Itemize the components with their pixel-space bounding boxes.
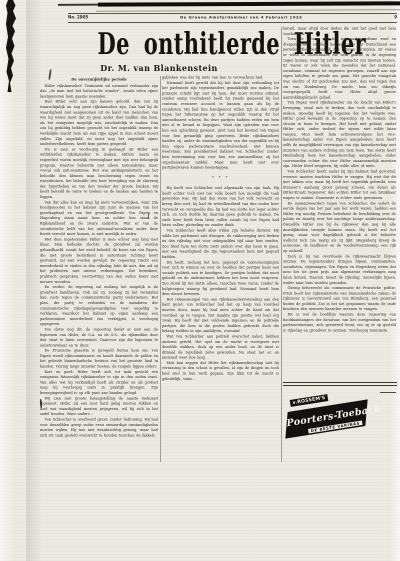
body-paragraph: Niemand heeft gewild dat hij het door zi…	[162, 80, 279, 170]
masthead-issue-number: No. 2905	[68, 15, 88, 20]
article-headline: De onthitlerde Hitler	[40, 27, 278, 62]
masthead: No. 2905 De Groene Amsterdammer van 4 Fe…	[68, 15, 397, 23]
body-paragraph: Ten slotte nog dit: de regeering denkt e…	[40, 327, 158, 348]
ad-caption-bottom: VAN ROSSEM'S TABAKSFABRIEKEN — ROTTERDAM…	[284, 448, 397, 454]
scan-top-line-artifact	[96, 9, 400, 12]
ad-rule-bottom	[283, 385, 397, 386]
column-divider-rule	[281, 27, 282, 462]
body-paragraph: bereid, maar altijd door lieden die niet…	[283, 26, 396, 37]
body-paragraph: Hitler rijkskanselier! Tenminste zal nie…	[40, 83, 158, 99]
body-paragraph: Toen de stroom van het nationaal-sociali…	[283, 37, 396, 101]
body-paragraph: Hij heeft von Schleicher niet afgemaakt …	[162, 186, 279, 228]
body-paragraph: Wij zien met groote belangstelling de na…	[40, 396, 158, 417]
body-paragraph: En verder: de regeering zal zoolang het …	[40, 285, 158, 327]
body-paragraph: Men kan zeggen dat Hitler het rijkskanse…	[162, 360, 279, 381]
body-paragraph: Dit is wel de hoofdlijn waarom deze rege…	[283, 312, 396, 333]
body-paragraph: Von Papen werd rijkskanselier om de krac…	[283, 100, 396, 169]
article-column-3: bereid, maar altijd door lieden die niet…	[283, 26, 396, 376]
body-paragraph: De samenzweerders tegen von Schleicher, …	[283, 201, 396, 254]
ad-brand-label: v.ROSSEM'S	[290, 394, 329, 407]
body-paragraph: Kort en goed: Hitler heeft zich tot taak…	[40, 369, 158, 395]
masthead-page-number: 9	[394, 15, 397, 20]
column-divider-rule	[160, 76, 161, 462]
article-column-1: De onvermijdelijke periodeHitler rijkska…	[40, 75, 158, 465]
body-paragraph: De Pruisische quaestie is geregeld buite…	[40, 348, 158, 369]
body-paragraph: Het rekenexempel van een rijkskanseliers…	[162, 297, 279, 334]
body-paragraph: Nu is men er voorloopig in geslaagd uit …	[40, 147, 158, 200]
body-paragraph: Met dien ingetoomden Hitler is men echte…	[40, 237, 158, 285]
body-paragraph: Hij heeft, zoolang het kon, gepoogd de v…	[162, 260, 279, 297]
article-byline: Dr. M. van Blankenstein	[40, 63, 278, 73]
scan-top-bar-artifact	[98, 1, 400, 6]
ad-rule-top	[283, 382, 397, 383]
ad-caption-top: IN ALLE PRIJZEN VERKRIJGBAAR BIJ DEN GOE…	[284, 388, 397, 394]
body-paragraph: Van dat alles kan en mag hij niets verwe…	[40, 200, 158, 237]
masthead-edition-line: De Groene Amsterdammer van 4 Februari 19…	[180, 15, 302, 20]
newspaper-page: No. 2905 De Groene Amsterdammer van 4 Fe…	[0, 0, 400, 561]
body-paragraph: Von Schleicher heeft, nadat hij zijn kab…	[283, 169, 396, 201]
body-paragraph: Had Hitler echt aan zijn kansen geloofd,…	[40, 99, 158, 147]
tobacco-advertisement: v.ROSSEM'S Poorters-Toeback DE BESTE VAR…	[285, 395, 371, 445]
article-column-2: gebleken was dat hij niets van hen te ve…	[162, 75, 279, 465]
body-paragraph: Wat von Schleicher aan politiek overscho…	[162, 334, 279, 360]
body-paragraph: Göring beheerscht als commissaris de Pru…	[283, 286, 396, 312]
torn-edge-artifact	[6, 0, 16, 92]
body-paragraph: Toch is hij ten overvloede de rijksweerm…	[283, 254, 396, 286]
section-separator: * * *	[162, 175, 279, 180]
body-paragraph: Von Schleicher heeft alles willen zijn b…	[162, 228, 279, 260]
section-heading: De onvermijdelijke periode	[40, 77, 158, 82]
body-paragraph: Von Schleicher is overboord gezet, zonde…	[40, 417, 158, 438]
